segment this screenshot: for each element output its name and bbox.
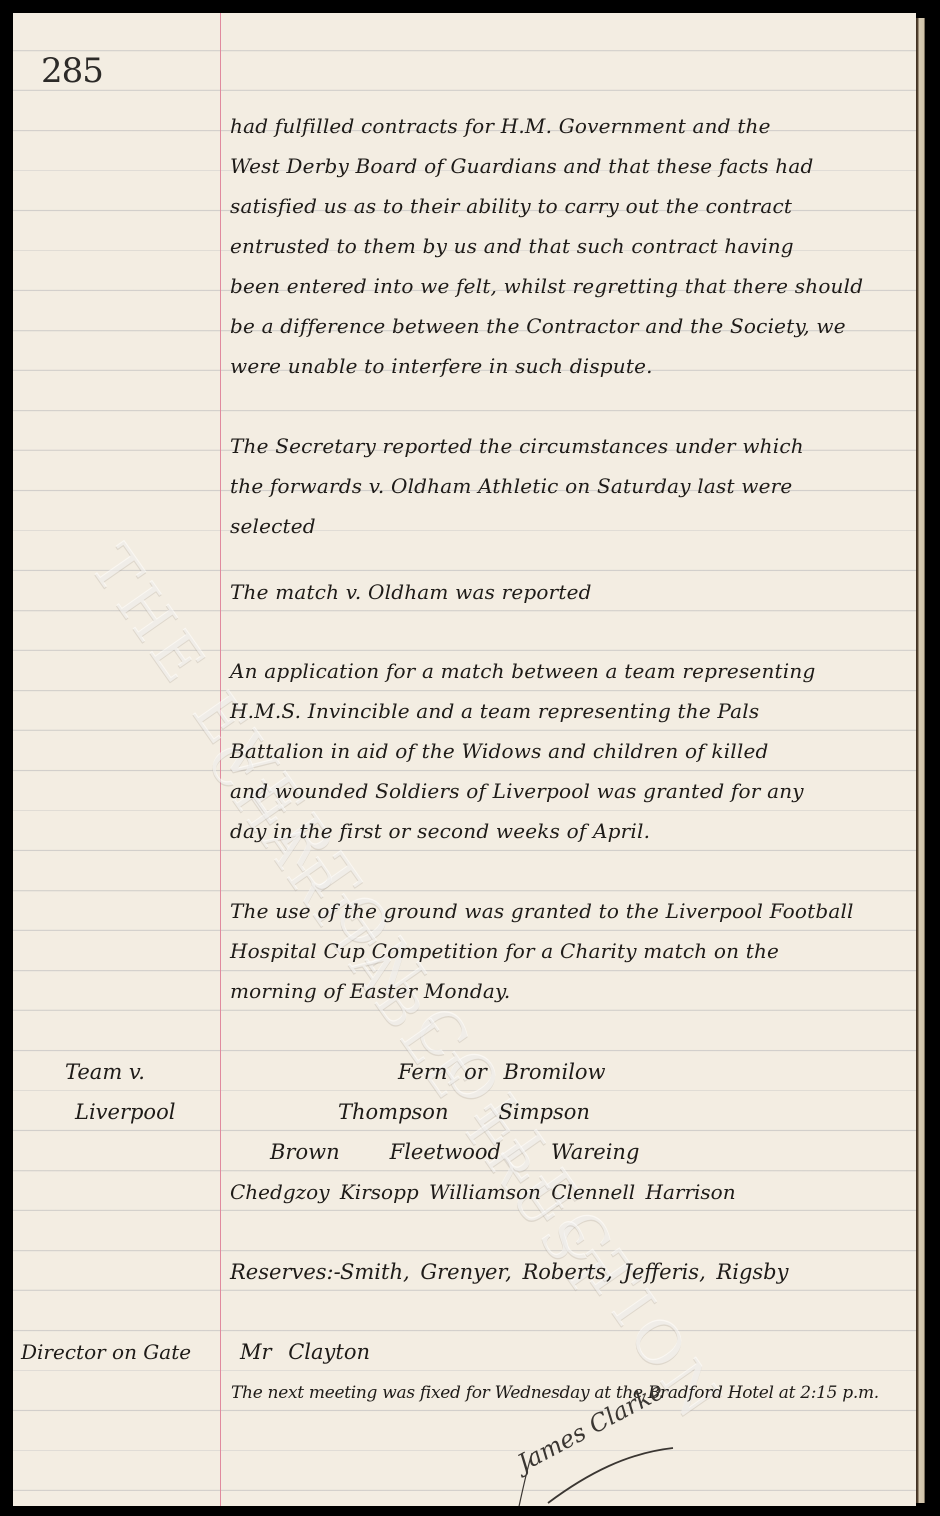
text-line: be a difference between the Contractor a…	[230, 314, 846, 338]
text-line: The Secretary reported the circumstances…	[230, 434, 804, 458]
signature-flourish-icon	[518, 1433, 688, 1506]
text-line: had fulfilled contracts for H.M. Governm…	[230, 114, 771, 138]
text-line: were unable to interfere in such dispute…	[230, 354, 653, 378]
team-row-backs: Thompson Simpson	[338, 1100, 590, 1124]
ledger-page: THE EVERTON COLLECTION CHARITABLE TRUST …	[13, 13, 916, 1506]
margin-rule	[220, 13, 221, 1506]
team-row-halves: Brown Fleetwood Wareing	[270, 1140, 639, 1164]
text-line: the forwards v. Oldham Athletic on Satur…	[230, 474, 792, 498]
text-line: Battalion in aid of the Widows and child…	[230, 739, 769, 763]
text-line: The match v. Oldham was reported	[230, 580, 592, 604]
team-row-goalkeeper: Fern or Bromilow	[398, 1060, 606, 1084]
text-line: The use of the ground was granted to the…	[230, 899, 854, 923]
text-line: entrusted to them by us and that such co…	[230, 234, 794, 258]
text-line: and wounded Soldiers of Liverpool was gr…	[230, 779, 804, 803]
page-number: 285	[41, 51, 103, 91]
director-name: Mr Clayton	[240, 1340, 370, 1364]
team-side-label: Liverpool	[75, 1100, 175, 1124]
text-line: day in the first or second weeks of Apri…	[230, 819, 650, 843]
text-line: Hospital Cup Competition for a Charity m…	[230, 939, 779, 963]
text-line: West Derby Board of Guardians and that t…	[230, 154, 813, 178]
text-line: satisfied us as to their ability to carr…	[230, 194, 792, 218]
text-line: been entered into we felt, whilst regret…	[230, 274, 863, 298]
reserves-label: Reserves:-	[230, 1260, 341, 1284]
team-row-forwards: Chedgzoy Kirsopp Williamson Clennell Har…	[230, 1180, 736, 1204]
director-side-label: Director on Gate	[21, 1340, 191, 1364]
next-meeting-line: The next meeting was fixed for Wednesday…	[231, 1383, 879, 1403]
text-line: selected	[230, 514, 316, 538]
text-line: morning of Easter Monday.	[230, 979, 510, 1003]
text-line: An application for a match between a tea…	[230, 659, 815, 683]
team-side-label: Team v.	[65, 1060, 145, 1084]
page-edge	[916, 18, 925, 1503]
reserves-list: Smith, Grenyer, Roberts, Jefferis, Rigsb…	[340, 1260, 789, 1284]
text-line: H.M.S. Invincible and a team representin…	[230, 699, 759, 723]
